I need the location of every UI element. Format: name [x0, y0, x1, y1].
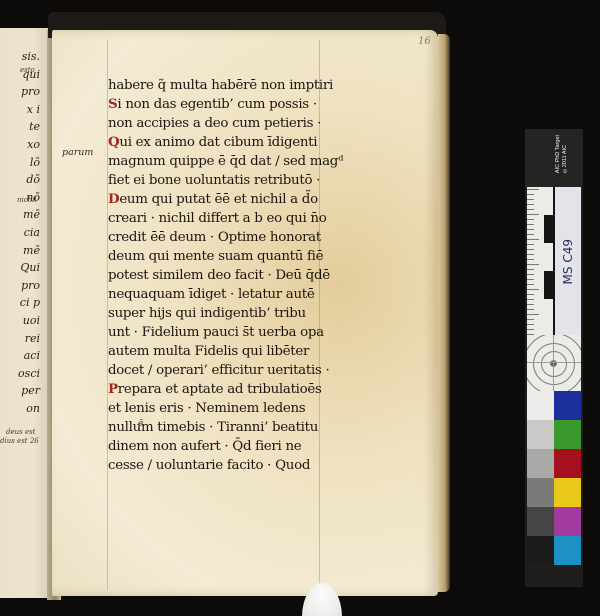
color-patch: [554, 449, 581, 478]
marginal-note: parum: [62, 147, 93, 158]
left-text-line: xo: [0, 136, 40, 154]
left-marginal-note: esto: [20, 66, 35, 74]
page-fore-edge: [438, 34, 450, 592]
left-text-line: x i: [0, 101, 40, 119]
text-line: credit ēē deum · Optime honorat: [108, 228, 330, 247]
catchword: ē: [138, 419, 143, 429]
text-line: Si non das egentib’ cum possis ·: [108, 95, 330, 114]
gray-patch: [527, 449, 554, 478]
left-text-line: dō: [0, 171, 40, 189]
gray-patch: [527, 391, 554, 420]
left-text-line: aci: [0, 347, 40, 365]
target-label: AIC PhD Target ©2011 AIC: [555, 135, 569, 173]
text-line: unt · Fidelium pauci s̄t uerba opa: [108, 323, 330, 342]
left-text-line: cia: [0, 224, 40, 242]
text-line: creari · nichil differt a b eo qui n̄o: [108, 209, 330, 228]
left-text-line: rei: [0, 330, 40, 348]
color-patch: [554, 478, 581, 507]
gray-patch: [527, 536, 554, 565]
left-text-line: lō: [0, 154, 40, 172]
left-marginal-note: nichil: [17, 196, 37, 204]
left-text-line: Qui: [0, 259, 40, 277]
left-text-line: uoi: [0, 312, 40, 330]
folio-number: 16: [418, 36, 431, 47]
text-line: cesse / uoluntarie facito · Quod: [108, 456, 330, 475]
main-text-block: habere q̃ multa habērē non imptiriSi n…: [108, 76, 330, 475]
color-patch: [554, 507, 581, 536]
left-text-line: mē: [0, 206, 40, 224]
text-line: Deum qui putat ēē et nichil a d̃o: [108, 190, 330, 209]
left-text-line: ci p: [0, 294, 40, 312]
color-patch: [554, 391, 581, 420]
text-line: potest similem deo facit · Deū q̄dē: [108, 266, 330, 285]
color-target: AIC PhD Target ©2011 AIC MS C49: [525, 129, 583, 587]
gray-patch: [527, 478, 554, 507]
rubricated-initial: P: [108, 381, 118, 397]
left-text-line: on: [0, 400, 40, 418]
text-line: docet / operari’ efficitur ueritatis ·: [108, 361, 330, 380]
gray-patch: [527, 420, 554, 449]
left-text-line: mē: [0, 242, 40, 260]
color-patch: [554, 536, 581, 565]
rubricated-initial: D: [108, 191, 119, 207]
left-text-line: sis.: [0, 48, 40, 66]
left-marginal-note: dius est 26: [0, 437, 39, 445]
text-line: Prepara et aptate ad tribulatioēs: [108, 380, 330, 399]
left-text-line: pro: [0, 83, 40, 101]
left-text-line: te: [0, 118, 40, 136]
gray-patch: [527, 507, 554, 536]
text-line: Qui ex animo dat cibum īdigenti: [108, 133, 330, 152]
left-text-line: per: [0, 382, 40, 400]
text-line: deum qui mente suam quantū fiē: [108, 247, 330, 266]
text-line: super hijs qui indigentib’ tribu: [108, 304, 330, 323]
text-line: et lenis eris · Neminem ledens: [108, 399, 330, 418]
left-marginal-note: deus est: [6, 428, 36, 436]
text-line: fiet ei bone uoluntatis retributō ·: [108, 171, 330, 190]
text-line: autem multa Fidelis qui libēter: [108, 342, 330, 361]
shelfmark-label: MS C49: [561, 239, 575, 284]
left-text-line: pro: [0, 277, 40, 295]
text-line: magnum quippe ē q̄d dat / sed magᵈ: [108, 152, 330, 171]
left-text-line: osci: [0, 365, 40, 383]
text-line: nequaquam īdiget · letatur autē: [108, 285, 330, 304]
ruler-scale: [527, 187, 555, 335]
left-page-text: sis.quiprox itexolōdōnōmēciamēQuipr…: [0, 48, 40, 417]
bullseye-target: [527, 335, 581, 391]
rubricated-initial: S: [108, 96, 117, 112]
rubricated-initial: Q: [108, 134, 119, 150]
text-line: dinem non aufert · Q̄d fieri ne: [108, 437, 330, 456]
target-header: AIC PhD Target ©2011 AIC: [525, 129, 583, 187]
text-line: non accipies a deo cum petieris ·: [108, 114, 330, 133]
color-patch: [554, 420, 581, 449]
text-line: habere q̃ multa habērē non imptiri: [108, 76, 330, 95]
